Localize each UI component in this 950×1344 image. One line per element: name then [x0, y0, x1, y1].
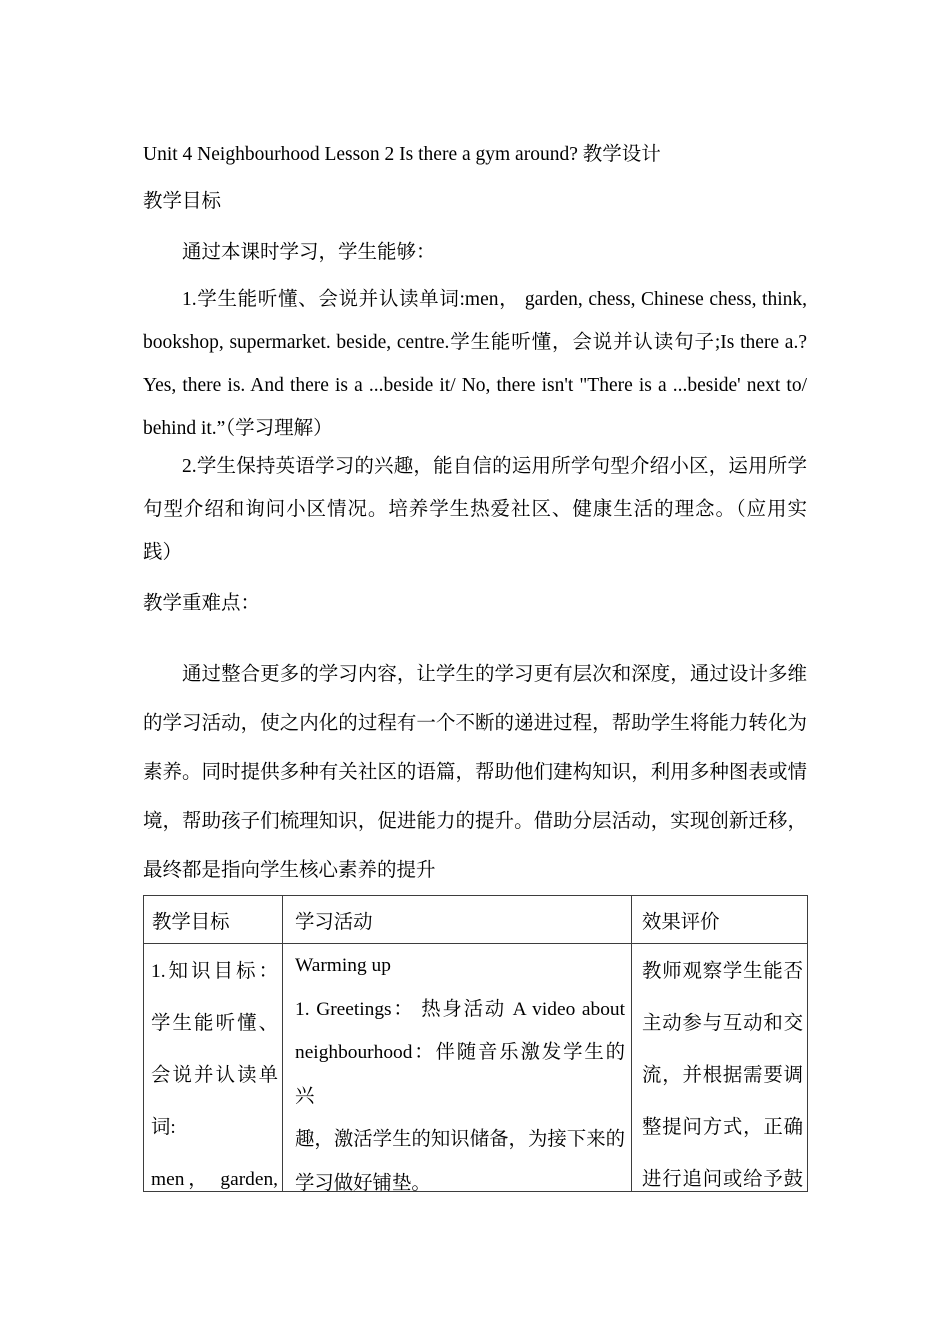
- lesson-plan-table: 教学目标 学习活动 效果评价 1.知识目标：学生能听懂、会说并认读单词:men，…: [143, 895, 808, 1192]
- table-row: 1.知识目标：学生能听懂、会说并认读单词:men， garden, Warmin…: [144, 944, 808, 1192]
- document-page: { "doc": { "title": "Unit 4 Neighbourhoo…: [0, 0, 950, 1344]
- table-header-row: 教学目标 学习活动 效果评价: [144, 896, 808, 944]
- table-header-activity: 学习活动: [283, 896, 632, 944]
- table-header-evaluation: 效果评价: [632, 896, 808, 944]
- cell-activity: Warming up1. Greetings： 热身活动 A video abo…: [283, 944, 632, 1192]
- heading-objectives: 教学目标: [143, 180, 807, 223]
- paragraph-intro: 通过本课时学习，学生能够：: [143, 231, 807, 274]
- paragraph-key-points: 通过整合更多的学习内容，让学生的学习更有层次和深度，通过设计多维的学习活动，使之…: [143, 650, 807, 895]
- doc-title: Unit 4 Neighbourhood Lesson 2 Is there a…: [143, 133, 807, 176]
- paragraph-objective-1: 1.学生能听懂、会说并认读单词:men， garden, chess, Chin…: [143, 278, 807, 450]
- cell-goal: 1.知识目标：学生能听懂、会说并认读单词:men， garden,: [144, 944, 283, 1192]
- paragraph-objective-2: 2.学生保持英语学习的兴趣，能自信的运用所学句型介绍小区，运用所学句型介绍和询问…: [143, 445, 807, 574]
- heading-key-points: 教学重难点：: [143, 582, 807, 625]
- cell-evaluation: 教师观察学生能否主动参与互动和交流，并根据需要调整提问方式，正确进行追问或给予鼓: [632, 944, 808, 1192]
- table-header-goal: 教学目标: [144, 896, 283, 944]
